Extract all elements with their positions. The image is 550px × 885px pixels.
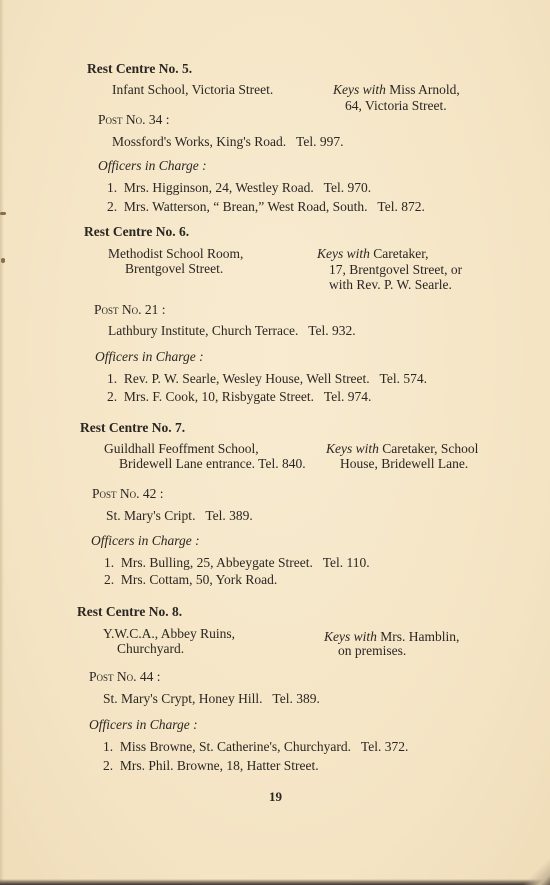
binding-mark — [0, 212, 6, 215]
post-detail: Mossford's Works, King's Road. Tel. 997. — [112, 134, 343, 150]
post-label: Post No. 44 : — [89, 669, 161, 685]
keys-holder: Miss Arnold, — [389, 82, 460, 97]
post-label: Post No. 34 : — [98, 112, 170, 128]
keys-holder: Caretaker, — [373, 246, 428, 261]
officer-item: 1. Mrs. Higginson, 24, Westley Road. Tel… — [107, 180, 371, 196]
section-heading: Rest Centre No. 5. — [87, 61, 192, 77]
officer-item: 1. Rev. P. W. Searle, Wesley House, Well… — [107, 371, 427, 387]
officers-label: Officers in Charge : — [98, 158, 207, 174]
keys-label: Keys with — [333, 82, 386, 97]
location-line: Guildhall Feoffment School, — [104, 441, 259, 457]
officer-item: 2. Mrs. F. Cook, 10, Risbygate Street. T… — [107, 389, 371, 405]
location-line: Y.W.C.A., Abbey Ruins, — [103, 626, 235, 642]
location-line: Infant School, Victoria Street. — [112, 82, 273, 98]
scanned-page: Rest Centre No. 5. Infant School, Victor… — [0, 0, 550, 885]
keys-label: Keys with — [317, 246, 370, 261]
officers-label: Officers in Charge : — [95, 349, 204, 365]
officer-item: 1. Mrs. Bulling, 25, Abbeygate Street. T… — [104, 555, 370, 571]
keys-line: Keys with Caretaker, — [317, 246, 429, 262]
keys-label: Keys with — [326, 441, 379, 456]
keys-holder: Mrs. Hamblin, — [380, 629, 459, 644]
section-heading: Rest Centre No. 6. — [84, 224, 189, 240]
officer-item: 2. Mrs. Watterson, “ Brean,” West Road, … — [107, 199, 425, 215]
page-number: 19 — [269, 789, 282, 805]
location-line: Methodist School Room, — [108, 246, 243, 262]
post-label: Post No. 42 : — [92, 486, 164, 502]
section-heading: Rest Centre No. 8. — [77, 604, 182, 620]
post-detail: St. Mary's Cript. Tel. 389. — [106, 508, 253, 524]
post-detail: Lathbury Institute, Church Terrace. Tel.… — [108, 323, 356, 339]
keys-line: 64, Victoria Street. — [345, 98, 447, 114]
officer-item: 2. Mrs. Cottam, 50, York Road. — [104, 572, 277, 588]
post-detail: St. Mary's Crypt, Honey Hill. Tel. 389. — [103, 691, 320, 707]
post-label: Post No. 21 : — [94, 302, 166, 318]
section-heading: Rest Centre No. 7. — [80, 420, 185, 436]
officers-label: Officers in Charge : — [91, 533, 200, 549]
officer-item: 1. Miss Browne, St. Catherine's, Churchy… — [103, 739, 408, 755]
page-left-edge — [0, 0, 4, 885]
keys-line: Keys with Miss Arnold, — [333, 82, 460, 98]
keys-line: with Rev. P. W. Searle. — [329, 277, 452, 293]
officer-item: 2. Mrs. Phil. Browne, 18, Hatter Street. — [103, 758, 319, 774]
keys-line: on premises. — [338, 643, 406, 659]
page-bottom-edge — [0, 879, 550, 885]
keys-line: House, Bridewell Lane. — [340, 456, 468, 472]
keys-line: Keys with Caretaker, School — [326, 441, 478, 457]
officers-label: Officers in Charge : — [89, 717, 198, 733]
keys-line: 17, Brentgovel Street, or — [329, 262, 462, 278]
binding-mark — [1, 258, 5, 263]
keys-label: Keys with — [324, 629, 377, 644]
keys-holder: Caretaker, School — [382, 441, 478, 456]
location-line: Churchyard. — [117, 641, 184, 657]
location-line: Bridewell Lane entrance. Tel. 840. — [119, 456, 306, 472]
location-line: Brentgovel Street. — [125, 261, 223, 277]
page-corner-shadow — [520, 845, 550, 885]
